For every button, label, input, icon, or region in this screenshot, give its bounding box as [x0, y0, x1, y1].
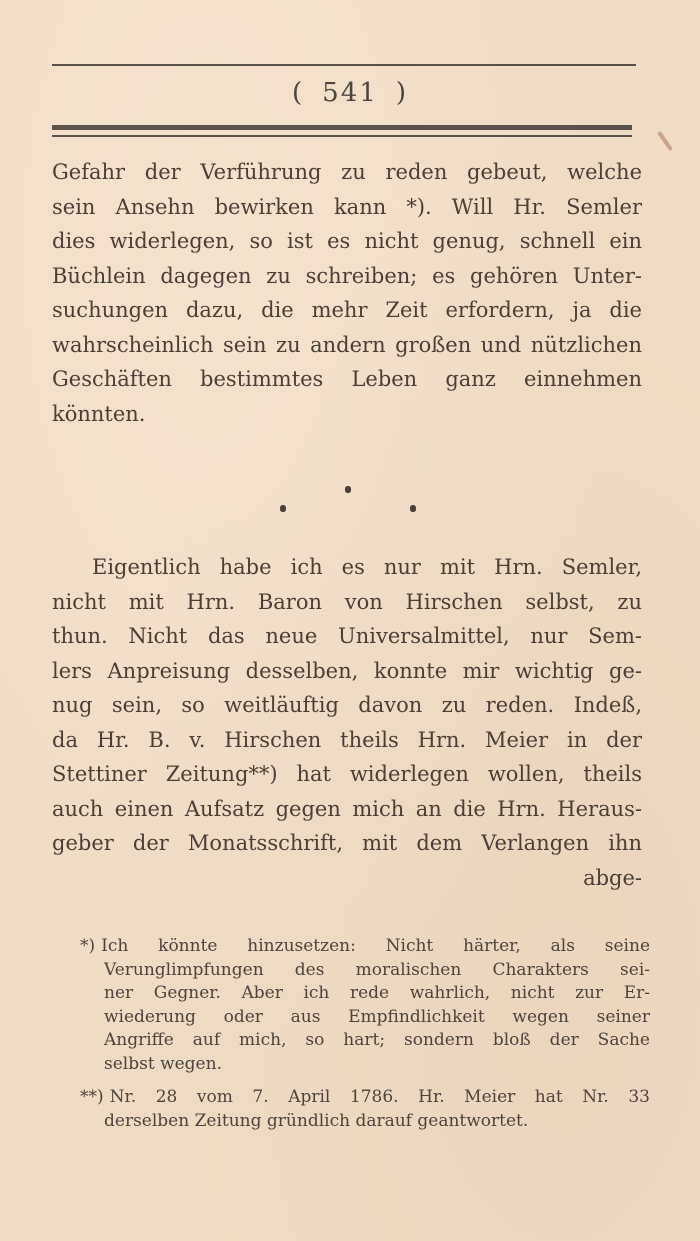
footnote-line: **)Nr. 28 vom 7. April 1786. Hr. Meier h…: [80, 1086, 650, 1110]
footnote-line: Angriffe auf mich, so hart; sondern bloß…: [80, 1029, 650, 1053]
footnote-marker: **): [80, 1087, 104, 1107]
page-number-close-paren: ): [396, 78, 408, 108]
footnote-text: Ich könnte hinzusetzen: Nicht härter, al…: [101, 936, 650, 956]
text-line: suchungen dazu, die mehr Zeit erfordern,…: [52, 293, 642, 328]
page-number: (541): [0, 78, 700, 108]
catchword: abge-: [52, 861, 642, 896]
text-line: Stettiner Zeitung**) hat widerlegen woll…: [52, 757, 642, 792]
text-line: thun. Nicht das neue Universalmittel, nu…: [52, 619, 642, 654]
text-line: Büchlein dagegen zu schreiben; es gehöre…: [52, 259, 642, 294]
footnotes: *)Ich könnte hinzusetzen: Nicht härter, …: [80, 935, 650, 1143]
footnote-text: Nr. 28 vom 7. April 1786. Hr. Meier hat …: [110, 1087, 650, 1107]
paper-blemish: [657, 131, 673, 151]
text-line: sein Ansehn bewirken kann *). Will Hr. S…: [52, 190, 642, 225]
text-line: wahrscheinlich sein zu andern großen und…: [52, 328, 642, 363]
text-line: dies widerlegen, so ist es nicht genug, …: [52, 224, 642, 259]
text-line: nicht mit Hrn. Baron von Hirschen selbst…: [52, 585, 642, 620]
separator-dot: [410, 505, 416, 512]
section-separator-asterism: [0, 478, 700, 518]
text-line: auch einen Aufsatz gegen mich an die Hrn…: [52, 792, 642, 827]
footnote-line: selbst wegen.: [80, 1053, 650, 1077]
footnote-2: **)Nr. 28 vom 7. April 1786. Hr. Meier h…: [80, 1086, 650, 1133]
footnote-line: Verunglimpfungen des moralischen Charakt…: [80, 959, 650, 983]
paragraph-1: Gefahr der Verführung zu reden gebeut, w…: [52, 155, 642, 431]
text-line: Geschäften bestimmtes Leben ganz einnehm…: [52, 362, 642, 397]
page-number-value: 541: [322, 78, 378, 108]
text-line: könnten.: [52, 397, 642, 432]
footnote-line: wiederung oder aus Empfindlichkeit wegen…: [80, 1006, 650, 1030]
text-line: geber der Monatsschrift, mit dem Verlang…: [52, 826, 642, 861]
text-line: da Hr. B. v. Hirschen theils Hrn. Meier …: [52, 723, 642, 758]
footnote-line: *)Ich könnte hinzusetzen: Nicht härter, …: [80, 935, 650, 959]
page-number-open-paren: (: [292, 78, 304, 108]
header-rule-thick: [52, 125, 632, 130]
text-line: Eigentlich habe ich es nur mit Hrn. Seml…: [52, 550, 642, 585]
separator-dot: [280, 505, 286, 512]
text-line: nug sein, so weitläuftig davon zu reden.…: [52, 688, 642, 723]
text-line: Gefahr der Verführung zu reden gebeut, w…: [52, 155, 642, 190]
book-page: (541) Gefahr der Verführung zu reden geb…: [0, 0, 700, 1241]
footnote-line: ner Gegner. Aber ich rede wahrlich, nich…: [80, 982, 650, 1006]
footnote-line: derselben Zeitung gründlich darauf geant…: [80, 1110, 650, 1134]
header-rule-thin: [52, 135, 632, 137]
paragraph-2: Eigentlich habe ich es nur mit Hrn. Seml…: [52, 550, 642, 895]
footnote-marker: *): [80, 936, 95, 956]
text-line: lers Anpreisung desselben, konnte mir wi…: [52, 654, 642, 689]
footnote-1: *)Ich könnte hinzusetzen: Nicht härter, …: [80, 935, 650, 1076]
separator-dot: [345, 486, 351, 493]
header-rule-top: [52, 64, 636, 66]
